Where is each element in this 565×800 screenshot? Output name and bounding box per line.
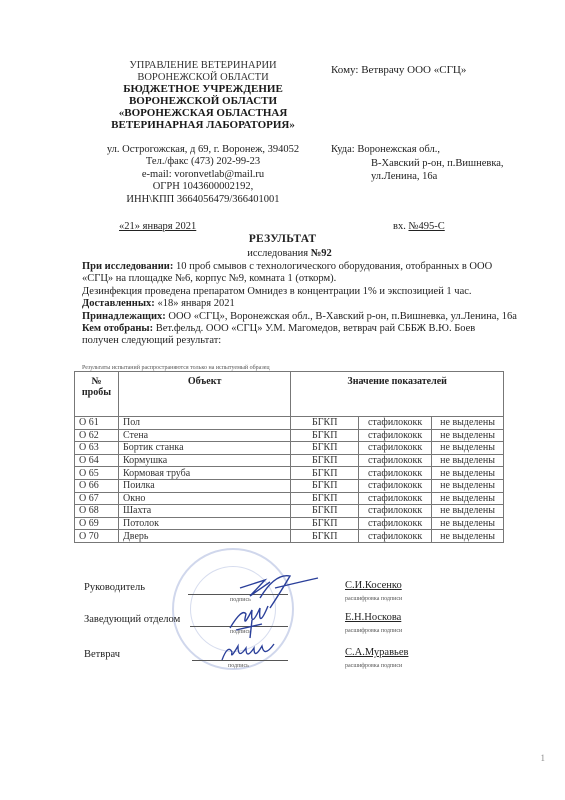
object-cell: Потолок <box>118 517 290 530</box>
signatory-name: С.И.Косенко <box>345 580 402 591</box>
indicator-cell: БГКП <box>291 505 359 518</box>
org-line: ВОРОНЕЖСКОЙ ОБЛАСТИ <box>78 72 328 84</box>
incoming-number: вх. №495-С <box>393 221 445 232</box>
signature-role: Заведующий отделом <box>84 614 180 625</box>
indicator-cell: БГКП <box>291 479 359 492</box>
org-line: ВОРОНЕЖСКОЙ ОБЛАСТИ <box>78 95 328 107</box>
signature-role: Ветврач <box>84 649 120 660</box>
org-line: «ВОРОНЕЖСКАЯ ОБЛАСТНАЯ <box>78 107 328 119</box>
indicator-cell: БГКП <box>291 467 359 480</box>
result-cell: не выделены <box>432 492 504 505</box>
result-intro: получен следующий результат: <box>82 335 522 347</box>
table-row: О 66ПоилкаБГКПстафилококкне выделены <box>75 479 504 492</box>
object-cell: Окно <box>118 492 290 505</box>
indicator-cell: БГКП <box>291 530 359 543</box>
table-header-row: № пробы Объект Значение показателей <box>75 372 504 417</box>
signatory-name: С.А.Муравьев <box>345 647 408 658</box>
destination-line: В-Хавский р-он, п.Вишневка, <box>331 157 504 171</box>
document-body: При исследовании: 10 проб смывов с техно… <box>82 261 522 348</box>
table-row: О 70ДверьБГКПстафилококкне выделены <box>75 530 504 543</box>
result-cell: не выделены <box>432 454 504 467</box>
object-cell: Кормушка <box>118 454 290 467</box>
indicator-cell: БГКП <box>291 442 359 455</box>
document-title: РЕЗУЛЬТАТ <box>0 233 565 245</box>
object-cell: Бортик станка <box>118 442 290 455</box>
destination-line: ул.Ленина, 16а <box>331 170 504 184</box>
result-cell: не выделены <box>432 467 504 480</box>
object-cell: Стена <box>118 429 290 442</box>
organism-cell: стафилококк <box>359 442 432 455</box>
organism-cell: стафилококк <box>359 454 432 467</box>
sample-id-cell: О 63 <box>75 442 119 455</box>
result-cell: не выделены <box>432 505 504 518</box>
indicator-cell: БГКП <box>291 429 359 442</box>
incoming-prefix: вх. <box>393 221 406 232</box>
destination-address: Куда: Воронежская обл., В-Хавский р-он, … <box>331 143 504 184</box>
sample-id-cell: О 66 <box>75 479 119 492</box>
result-cell: не выделены <box>432 517 504 530</box>
sample-id-cell: О 64 <box>75 454 119 467</box>
sampled-label: Кем отобраны: <box>82 323 153 334</box>
org-line: УПРАВЛЕНИЕ ВЕТЕРИНАРИИ <box>78 60 328 72</box>
table-row: О 69ПотолокБГКПстафилококкне выделены <box>75 517 504 530</box>
name-caption: расшифровка подписи <box>345 628 402 634</box>
organism-cell: стафилококк <box>359 517 432 530</box>
destination-line: Куда: Воронежская обл., <box>331 143 504 157</box>
sample-id-cell: О 70 <box>75 530 119 543</box>
table-row: О 61ПолБГКПстафилококкне выделены <box>75 417 504 430</box>
result-cell: не выделены <box>432 417 504 430</box>
org-line: ВЕТЕРИНАРНАЯ ЛАБОРАТОРИЯ» <box>78 119 328 131</box>
header-indicator-values: Значение показателей <box>291 372 504 417</box>
study-paragraph: При исследовании: 10 проб смывов с техно… <box>82 261 522 286</box>
object-cell: Шахта <box>118 505 290 518</box>
sample-id-cell: О 67 <box>75 492 119 505</box>
sampled-paragraph: Кем отобраны: Вет.фельд. ООО «СГЦ» У.М. … <box>82 323 522 335</box>
table-row: О 67ОкноБГКПстафилококкне выделены <box>75 492 504 505</box>
indicator-cell: БГКП <box>291 417 359 430</box>
study-label: При исследовании: <box>82 261 173 272</box>
indicator-cell: БГКП <box>291 517 359 530</box>
sampled-text: Вет.фельд. ООО «СГЦ» У.М. Магомедов, вет… <box>156 323 476 334</box>
subtitle-prefix: исследования <box>247 248 308 259</box>
incoming-number-value: №495-С <box>408 221 444 232</box>
disinfection-text: Дезинфекция проведена препаратом Омнидез… <box>82 286 522 298</box>
table-row: О 68ШахтаБГКПстафилококкне выделены <box>75 505 504 518</box>
indicator-cell: БГКП <box>291 492 359 505</box>
table-row: О 65Кормовая трубаБГКПстафилококкне выде… <box>75 467 504 480</box>
organism-cell: стафилококк <box>359 429 432 442</box>
organism-cell: стафилококк <box>359 479 432 492</box>
sample-id-cell: О 69 <box>75 517 119 530</box>
study-number: №92 <box>311 248 332 259</box>
owner-paragraph: Принадлежащих: ООО «СГЦ», Воронежская об… <box>82 311 522 323</box>
object-cell: Поилка <box>118 479 290 492</box>
table-row: О 63Бортик станкаБГКПстафилококкне выдел… <box>75 442 504 455</box>
object-cell: Дверь <box>118 530 290 543</box>
organism-cell: стафилококк <box>359 417 432 430</box>
sample-id-cell: О 65 <box>75 467 119 480</box>
document-subtitle: исследования №92 <box>0 248 565 259</box>
result-cell: не выделены <box>432 530 504 543</box>
indicator-cell: БГКП <box>291 454 359 467</box>
document-date: «21» января 2021 <box>119 221 196 232</box>
organism-cell: стафилококк <box>359 492 432 505</box>
result-cell: не выделены <box>432 429 504 442</box>
result-cell: не выделены <box>432 479 504 492</box>
organization-address: ул. Острогожская, д 69, г. Воронеж, 3940… <box>78 144 328 206</box>
page-number: 1 <box>541 753 546 763</box>
signatory-name: Е.Н.Носкова <box>345 612 401 623</box>
owner-text: ООО «СГЦ», Воронежская обл., В-Хавский р… <box>168 311 517 322</box>
signature-role: Руководитель <box>84 582 145 593</box>
delivered-text: «18» января 2021 <box>157 298 234 309</box>
header-sample-number: № пробы <box>75 372 119 417</box>
sample-id-cell: О 62 <box>75 429 119 442</box>
address-line: Тел./факс (473) 202-99-23 <box>78 156 328 168</box>
owner-label: Принадлежащих: <box>82 311 166 322</box>
name-caption: расшифровка подписи <box>345 596 402 602</box>
recipient: Кому: Ветврачу ООО «СГЦ» <box>331 64 466 76</box>
ogrn: ОГРН 1043600002192, <box>78 181 328 193</box>
address-line: ул. Острогожская, д 69, г. Воронеж, 3940… <box>78 144 328 156</box>
sample-id-cell: О 61 <box>75 417 119 430</box>
organism-cell: стафилококк <box>359 530 432 543</box>
delivered-label: Доставленных: <box>82 298 155 309</box>
object-cell: Кормовая труба <box>118 467 290 480</box>
signature-scribble <box>218 640 278 664</box>
email: e-mail: voronvetlab@mail.ru <box>78 169 328 181</box>
delivered-paragraph: Доставленных: «18» января 2021 <box>82 298 522 310</box>
results-table: № пробы Объект Значение показателей О 61… <box>74 371 504 543</box>
organization-header: УПРАВЛЕНИЕ ВЕТЕРИНАРИИ ВОРОНЕЖСКОЙ ОБЛАС… <box>78 60 328 131</box>
organism-cell: стафилококк <box>359 505 432 518</box>
table-row: О 62СтенаБГКПстафилококкне выделены <box>75 429 504 442</box>
signature-scribble <box>222 600 282 640</box>
name-caption: расшифровка подписи <box>345 663 402 669</box>
sample-id-cell: О 68 <box>75 505 119 518</box>
result-cell: не выделены <box>432 442 504 455</box>
inn-kpp: ИНН\КПП 3664056479/366401001 <box>78 194 328 206</box>
organism-cell: стафилококк <box>359 467 432 480</box>
object-cell: Пол <box>118 417 290 430</box>
header-object: Объект <box>118 372 290 417</box>
table-row: О 64КормушкаБГКПстафилококкне выделены <box>75 454 504 467</box>
org-line: БЮДЖЕТНОЕ УЧРЕЖДЕНИЕ <box>78 83 328 95</box>
